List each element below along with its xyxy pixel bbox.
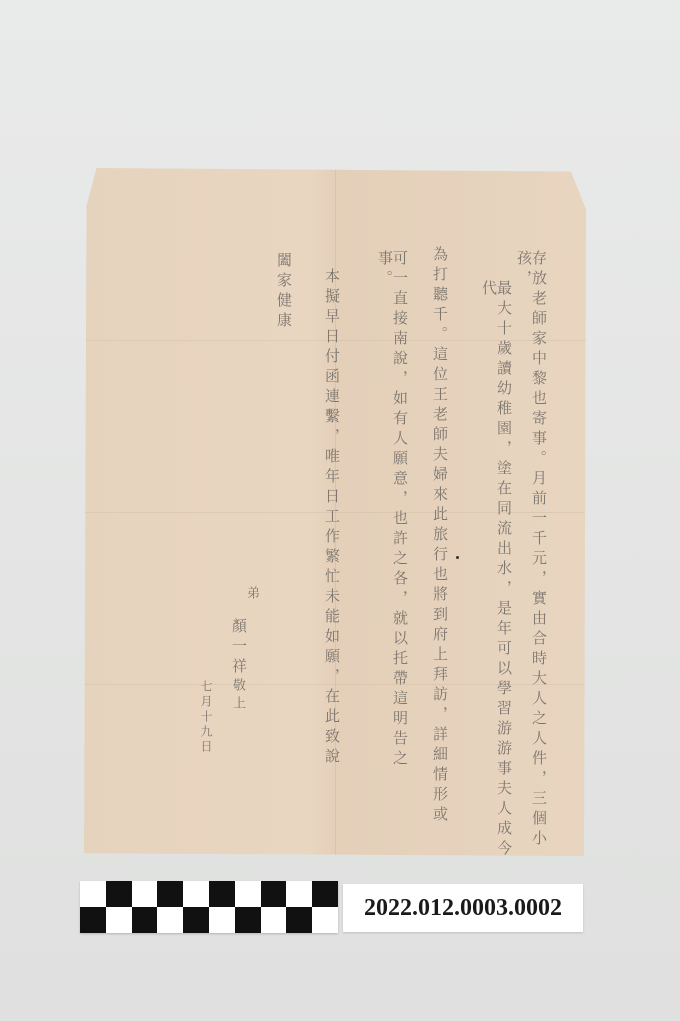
signature-date: 七月十九日: [200, 680, 212, 755]
signature-closing: 敬上: [231, 678, 244, 714]
letter-column-4: 可一直接南說，如有人願意，也許之各，就以托帶這明告之事。: [377, 250, 407, 770]
ink-dot: [456, 556, 459, 559]
letter-column-3: 為打聽千。這位王老師夫婦來此旅行也將到府上拜訪，詳細情形或: [432, 246, 447, 846]
letter-column-5: 本擬早日付函連繫，唯年日工作繁忙未能如願，在此致說: [324, 268, 339, 768]
letter-column-6: 闔家健康: [276, 252, 291, 352]
letter-column-1: 存放老師家中黎也寄事。月前一千元，實由合時大人之人件，三個小孩，: [516, 250, 546, 850]
catalog-number-label: 2022.012.0003.0002: [343, 884, 583, 932]
letter-paper: 存放老師家中黎也寄事。月前一千元，實由合時大人之人件，三個小孩， 最大十歲讀幼稚…: [84, 168, 586, 856]
signature-name: 顏一祥: [231, 618, 246, 678]
signature-prefix: 弟: [245, 586, 258, 604]
color-scale-bar: [80, 881, 338, 933]
letter-column-2: 最大十歲讀幼稚園，塗在同流出水，是年可以學習游游事夫人成今接代: [481, 280, 511, 880]
